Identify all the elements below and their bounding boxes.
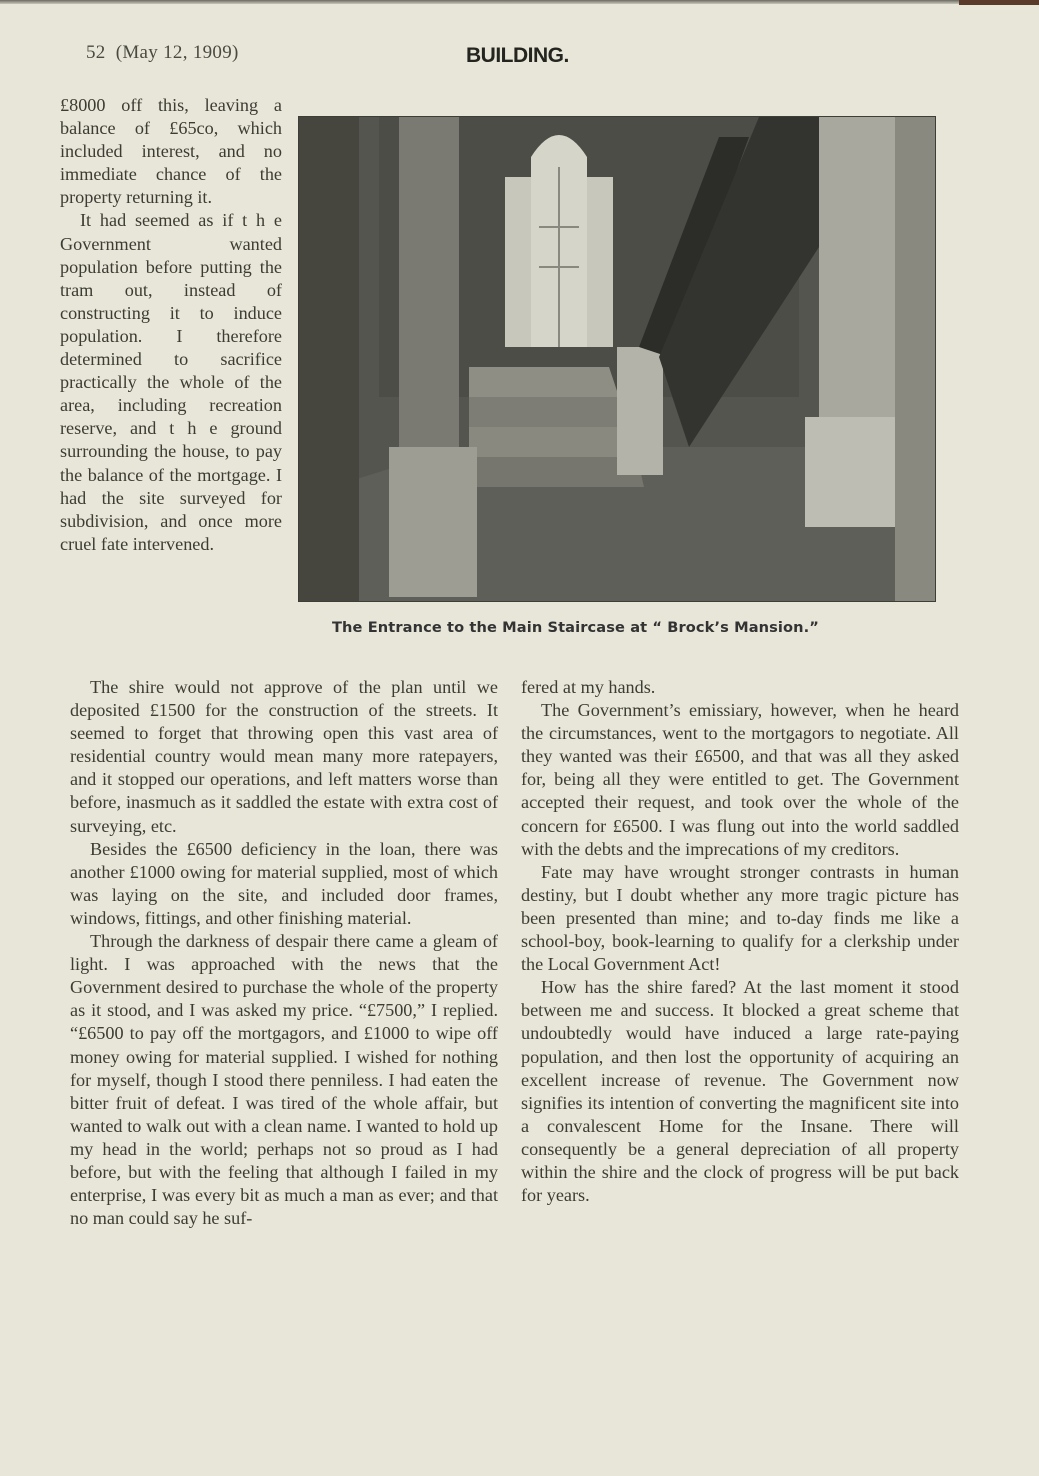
binding-edge bbox=[959, 0, 1039, 5]
photograph-staircase-icon bbox=[298, 116, 936, 602]
page-top-edge bbox=[0, 0, 1039, 4]
article-column-left: The shire would not approve of the plan … bbox=[70, 676, 498, 1230]
page-number: 52 bbox=[86, 42, 106, 63]
paragraph: Through the darkness of despair there ca… bbox=[70, 930, 498, 1230]
paragraph: Fate may have wrought stronger contrasts… bbox=[521, 861, 959, 976]
article-column-right: fered at my hands. The Government’s emis… bbox=[521, 676, 959, 1207]
paragraph: The shire would not approve of the plan … bbox=[70, 676, 498, 838]
paragraph: Besides the £6500 deficiency in the loan… bbox=[70, 838, 498, 930]
page-number-and-date: 52 (May 12, 1909) bbox=[86, 42, 239, 64]
paragraph: The Government’s emissiary, however, whe… bbox=[521, 699, 959, 861]
article-column-left-top: £8000 off this, leaving a balance of £65… bbox=[60, 94, 282, 556]
paragraph: It had seemed as if t h e Government wan… bbox=[60, 209, 282, 555]
paragraph: £8000 off this, leaving a balance of £65… bbox=[60, 94, 282, 209]
issue-date: (May 12, 1909) bbox=[116, 42, 239, 63]
paragraph: How has the shire fared? At the last mom… bbox=[521, 976, 959, 1207]
running-header: 52 (May 12, 1909) BUILDING. bbox=[0, 38, 1039, 78]
journal-title: BUILDING. bbox=[466, 44, 569, 68]
figure-caption: The Entrance to the Main Staircase at “ … bbox=[332, 619, 819, 636]
paragraph: fered at my hands. bbox=[521, 676, 959, 699]
